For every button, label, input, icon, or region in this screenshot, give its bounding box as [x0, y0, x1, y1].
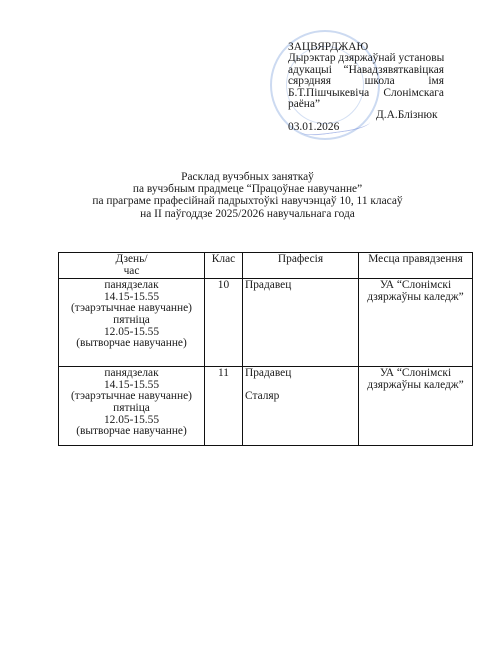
title-line: на II паўгоддзе 2025/2026 навучальнага г…: [0, 208, 495, 220]
schedule-table: Дзень/ час Клас Прафесія Месца правядзен…: [58, 252, 473, 446]
cell-class: 10: [205, 279, 243, 367]
approval-block: ЗАЦВЯРДЖАЮ Дырэктар дзяржаўнай установы …: [288, 42, 444, 133]
table-row: панядзелак 14.15-15.55 (тэарэтычнае наву…: [59, 279, 473, 367]
lesson-type: (вытворчае навучанне): [61, 426, 202, 438]
header-text: Дзень/: [61, 254, 202, 266]
cell-day-time: панядзелак 14.15-15.55 (тэарэтычнае наву…: [59, 279, 205, 367]
title-line: па вучэбным прадмеце “Працоўнае навучанн…: [0, 183, 495, 195]
approval-line: сярэдняя школа імя: [288, 76, 444, 87]
cell-day-time: панядзелак 14.15-15.55 (тэарэтычнае наву…: [59, 367, 205, 446]
approval-text: сярэдняя: [288, 76, 331, 87]
day: пятніца: [61, 403, 202, 415]
document-title: Расклад вучэбных заняткаў па вучэбным пр…: [0, 171, 495, 220]
approval-text: школа: [365, 76, 395, 87]
place: дзяржаўны каледж”: [361, 292, 470, 304]
header-place: Месца правядзення: [359, 253, 473, 279]
profession: Сталяр: [245, 391, 356, 403]
header-text: час: [61, 266, 202, 278]
place: дзяржаўны каледж”: [361, 380, 470, 392]
cell-class: 11: [205, 367, 243, 446]
cell-place: УА “Слонімскі дзяржаўны каледж”: [359, 367, 473, 446]
table-header-row: Дзень/ час Клас Прафесія Месца правядзен…: [59, 253, 473, 279]
header-day-time: Дзень/ час: [59, 253, 205, 279]
cell-place: УА “Слонімскі дзяржаўны каледж”: [359, 279, 473, 367]
day: пятніца: [61, 315, 202, 327]
cell-profession: Прадавец: [243, 279, 359, 367]
header-class: Клас: [205, 253, 243, 279]
lesson-type: (вытворчае навучанне): [61, 338, 202, 350]
approval-date: 03.01.2026: [288, 122, 444, 133]
cell-profession: Прадавец Сталяр: [243, 367, 359, 446]
approval-text: імя: [428, 76, 444, 87]
title-line: па праграме прафесійнай падрыхтоўкі наву…: [0, 195, 495, 207]
title-line: Расклад вучэбных заняткаў: [0, 171, 495, 183]
profession: Прадавец: [245, 368, 356, 380]
header-profession: Прафесія: [243, 253, 359, 279]
profession: Прадавец: [245, 280, 356, 292]
approval-text: Слонімскага: [383, 88, 444, 99]
table-row: панядзелак 14.15-15.55 (тэарэтычнае наву…: [59, 367, 473, 446]
